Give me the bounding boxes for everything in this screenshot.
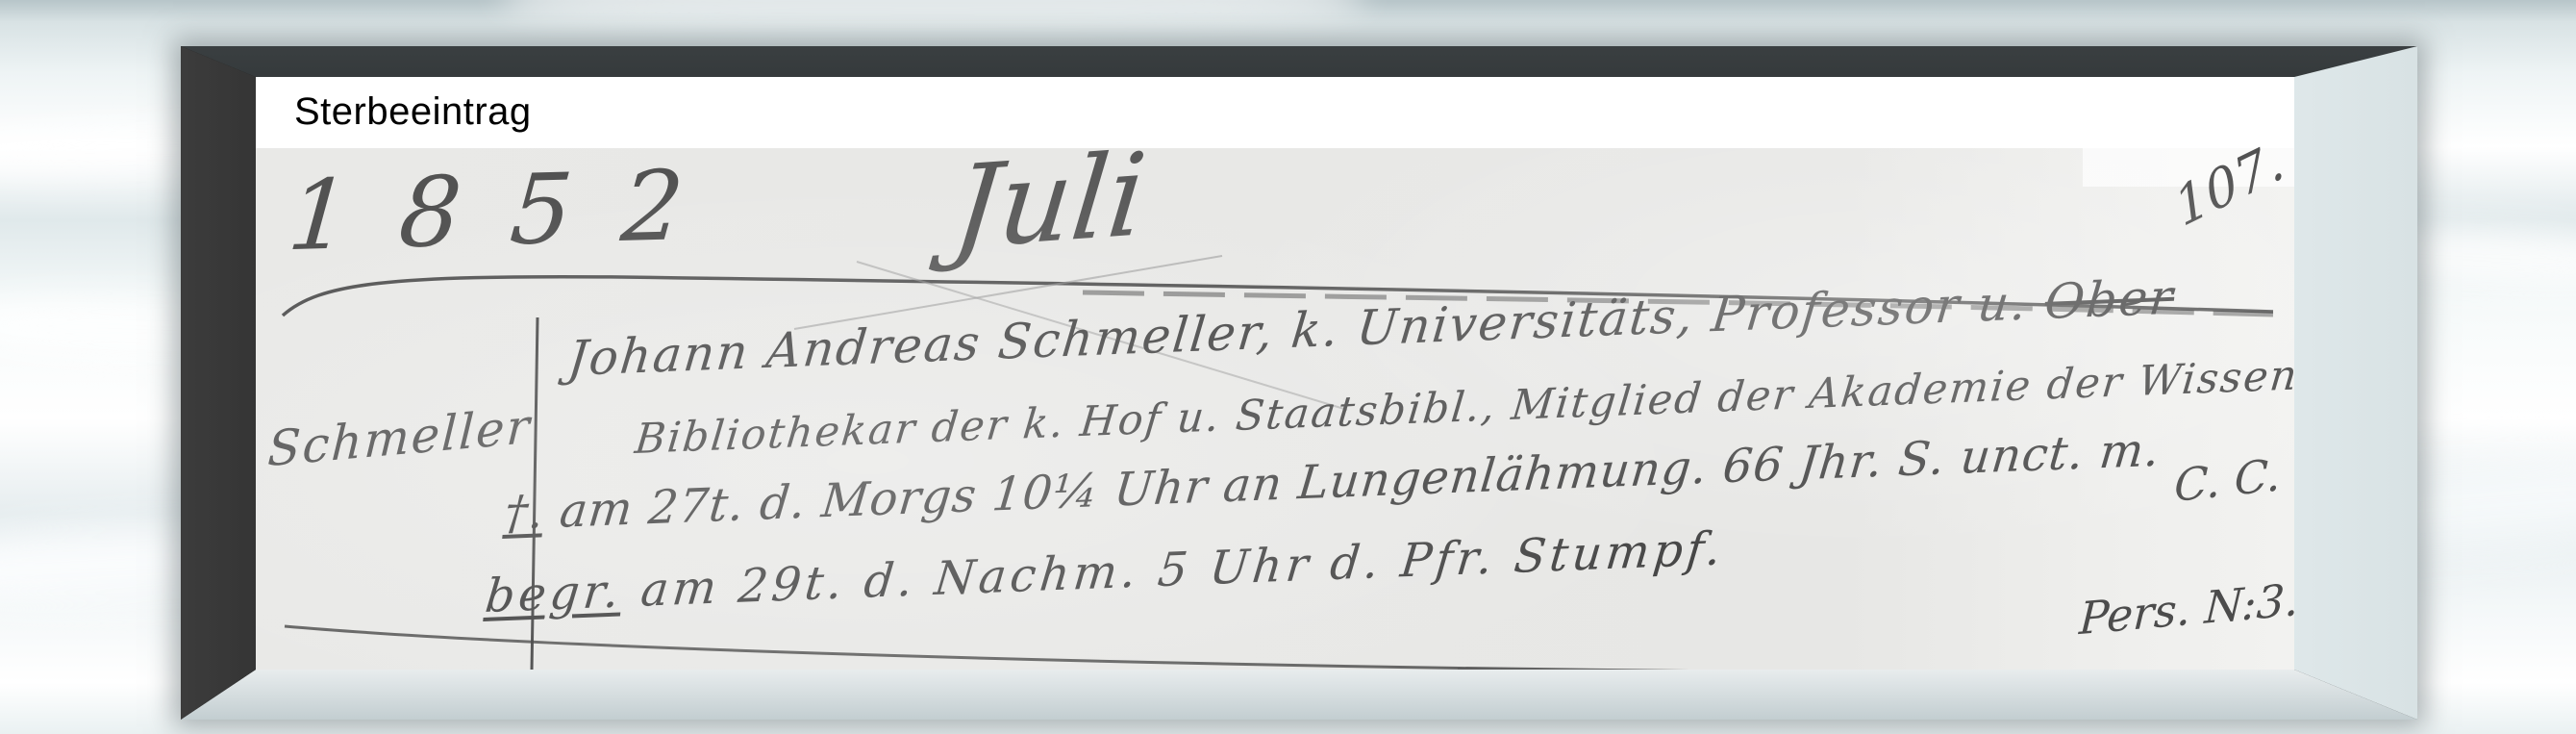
entry-line-4-prefix: begr. [483, 564, 625, 623]
screenshot-canvas: Sterbeeintrag 1852 Juli 107. Schmeller [0, 0, 2576, 734]
record-type-label: Sterbeeintrag [294, 90, 532, 134]
title-bar: Sterbeeintrag [256, 77, 2294, 148]
entry-line-1-struck-word: Ober [2042, 269, 2177, 330]
background-streak [500, 0, 1365, 29]
death-register-scan: 1852 Juli 107. Schmeller Johann Andreas … [256, 148, 2294, 670]
framed-content: Sterbeeintrag 1852 Juli 107. Schmeller [256, 77, 2294, 670]
month-entry: Juli [947, 127, 1152, 274]
entry-line-3-prefix: †. [502, 485, 547, 541]
image-frame: Sterbeeintrag 1852 Juli 107. Schmeller [181, 46, 2417, 720]
year-entry: 1852 [284, 148, 738, 272]
